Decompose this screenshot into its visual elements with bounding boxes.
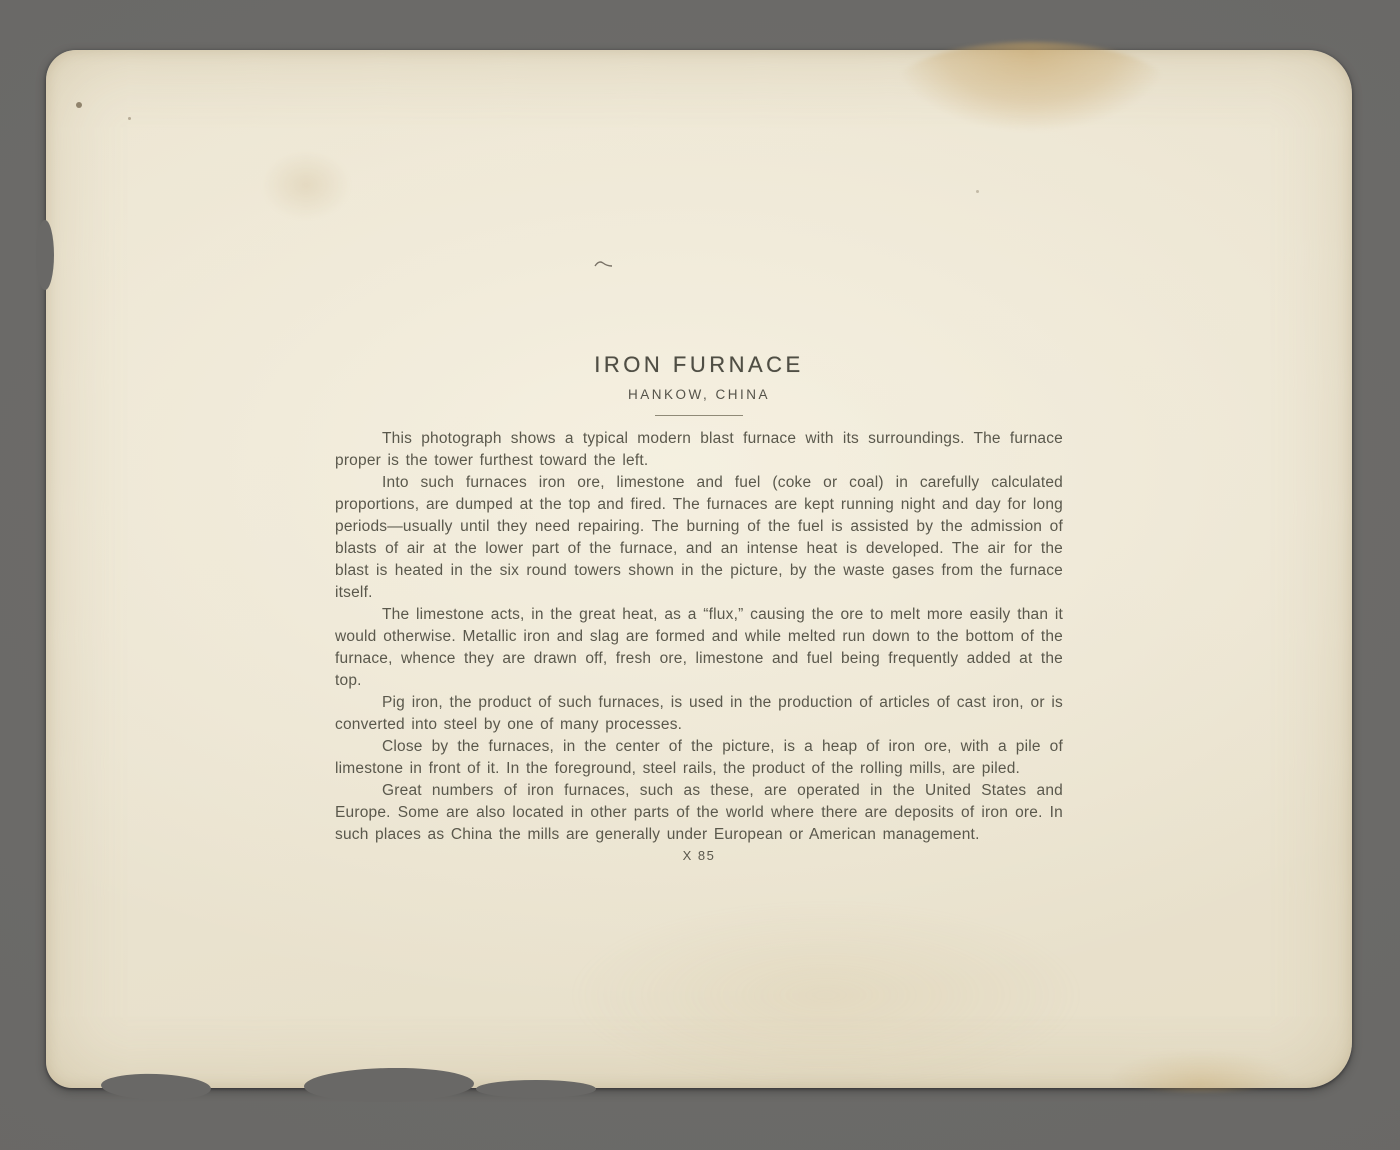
- worn-edge-chip: [101, 1072, 212, 1102]
- paragraph: This photograph shows a typical modern b…: [335, 428, 1063, 472]
- speck: [76, 102, 82, 108]
- description-text: This photograph shows a typical modern b…: [335, 428, 1063, 846]
- catalog-number: X 85: [335, 847, 1063, 865]
- worn-edge-chip: [304, 1067, 475, 1104]
- stain-bottom-right-edge: [1106, 1050, 1296, 1092]
- divider-rule: [655, 415, 743, 416]
- speck: [976, 190, 979, 193]
- paragraph: The limestone acts, in the great heat, a…: [335, 604, 1063, 692]
- card-subtitle: HANKOW, CHINA: [335, 387, 1063, 403]
- speck: [128, 117, 131, 120]
- worn-edge-chip: [36, 220, 54, 290]
- paragraph: Into such furnaces iron ore, limestone a…: [335, 472, 1063, 604]
- stain-bottom: [566, 900, 1086, 1090]
- worn-edge-chip: [476, 1080, 596, 1098]
- paragraph: Close by the furnaces, in the center of …: [335, 736, 1063, 780]
- photo-card-back: IRON FURNACE HANKOW, CHINA This photogra…: [46, 50, 1352, 1088]
- paragraph: Great numbers of iron furnaces, such as …: [335, 780, 1063, 846]
- scan-background: IRON FURNACE HANKOW, CHINA This photogra…: [0, 0, 1400, 1150]
- pencil-mark: [594, 258, 614, 270]
- paragraph: Pig iron, the product of such furnaces, …: [335, 692, 1063, 736]
- printed-text-block: IRON FURNACE HANKOW, CHINA This photogra…: [335, 352, 1063, 865]
- card-title: IRON FURNACE: [335, 352, 1063, 378]
- stain-top-right: [896, 42, 1166, 130]
- stain-left: [261, 150, 351, 220]
